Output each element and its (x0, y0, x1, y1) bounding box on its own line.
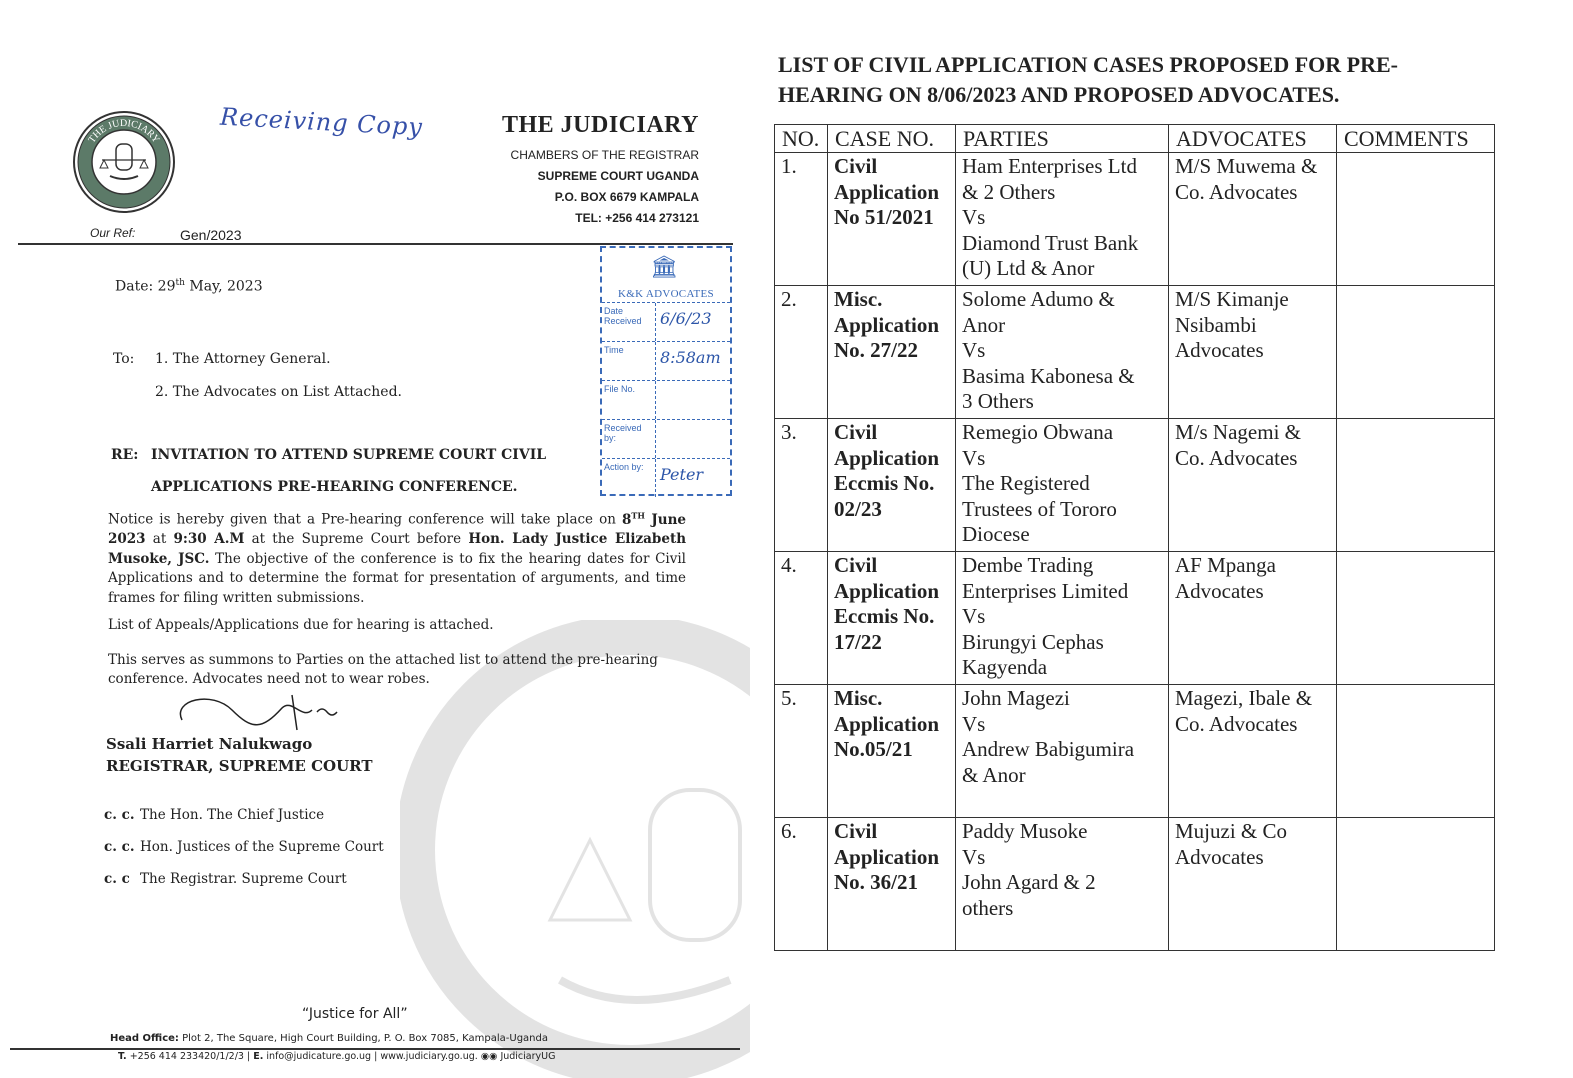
stamp-row: Action by: Peter (602, 459, 730, 497)
conference-time: 9:30 A.M (174, 531, 245, 547)
cell-case-no-line: Misc. (834, 287, 949, 313)
stamp-row: Received by: (602, 420, 730, 459)
building-icon: 🏛 (650, 256, 678, 278)
cell-parties-line: Solome Adumo & (962, 287, 1162, 313)
head-office-address: Plot 2, The Square, High Court Building,… (182, 1033, 548, 1044)
cell-comments (1337, 685, 1495, 818)
head-office-label: Head Office: (110, 1033, 179, 1044)
cc-text: The Hon. The Chief Justice (140, 807, 324, 823)
cell-parties-line: Vs (962, 446, 1162, 472)
cell-case-no-line: Application (834, 712, 949, 738)
cell-no: 6. (775, 818, 828, 951)
cell-case-no-line: No 51/2021 (834, 205, 949, 231)
subject-line: RE:INVITATION TO ATTEND SUPREME COURT CI… (111, 439, 546, 503)
cell-advocates-line: M/S Muwema & (1175, 154, 1330, 180)
summons-paragraph: This serves as summons to Parties on the… (108, 651, 688, 689)
letter-date: Date: 29th May, 2023 (115, 278, 263, 295)
cell-case-no: CivilApplicationNo. 36/21 (828, 818, 956, 951)
received-stamp: 🏛 K&K ADVOCATES Date Received 6/6/23 Tim… (600, 246, 732, 496)
cell-case-no-line: Application (834, 446, 949, 472)
cell-case-no-line: Eccmis No. (834, 604, 949, 630)
stamp-row-label: Date Received (602, 303, 656, 341)
stamp-row-label: Action by: (602, 459, 656, 497)
cell-parties-line: Paddy Musoke (962, 819, 1162, 845)
cell-case-no: Misc.ApplicationNo. 27/22 (828, 286, 956, 419)
letterhead-line: P.O. BOX 6679 KAMPALA (502, 187, 699, 208)
cell-advocates-line: Co. Advocates (1175, 180, 1330, 206)
signatory-name: Ssali Harriet Nalukwago (106, 733, 373, 755)
cell-parties-line: Diamond Trust Bank (962, 231, 1162, 257)
cell-advocates-line: Advocates (1175, 845, 1330, 871)
cell-advocates-line: Advocates (1175, 338, 1330, 364)
table-row: 2.Misc.ApplicationNo. 27/22Solome Adumo … (775, 286, 1495, 419)
cell-parties-line: Birungyi Cephas (962, 630, 1162, 656)
ref-value: Gen/2023 (180, 227, 242, 243)
cell-parties-line: Vs (962, 338, 1162, 364)
cell-case-no-line: Eccmis No. (834, 471, 949, 497)
case-table: NO. CASE NO. PARTIES ADVOCATES COMMENTS … (774, 124, 1495, 951)
cell-parties-line: (U) Ltd & Anor (962, 256, 1162, 282)
cell-parties-line: others (962, 896, 1162, 922)
judiciary-seal-icon: THE JUDICIARY UGANDA (72, 110, 176, 214)
phone: +256 414 233420/1/2/3 (130, 1051, 244, 1062)
cell-parties-line: & Anor (962, 763, 1162, 789)
date-label: Date: (115, 279, 153, 295)
cell-case-no: CivilApplicationNo 51/2021 (828, 153, 956, 286)
cell-case-no-line: Civil (834, 553, 949, 579)
conference-day: 8 (622, 512, 631, 528)
cell-parties: Paddy MusokeVsJohn Agard & 2others (956, 818, 1169, 951)
case-list-title: LIST OF CIVIL APPLICATION CASES PROPOSED… (778, 50, 1398, 110)
cell-case-no-line: Application (834, 845, 949, 871)
cell-parties-line: Vs (962, 205, 1162, 231)
stamp-row-value (656, 420, 730, 458)
ref-label: Our Ref: (90, 226, 135, 240)
table-row: 6.CivilApplicationNo. 36/21Paddy MusokeV… (775, 818, 1495, 951)
case-list-page: LIST OF CIVIL APPLICATION CASES PROPOSED… (750, 0, 1573, 1078)
column-header-no: NO. (775, 125, 828, 153)
column-header-parties: PARTIES (956, 125, 1169, 153)
re-label: RE: (111, 439, 151, 471)
column-header-comments: COMMENTS (1337, 125, 1495, 153)
stamp-row: Time 8:58am (602, 342, 730, 381)
header-divider (18, 243, 733, 245)
motto: “Justice for All” (302, 1006, 408, 1022)
cell-advocates: Magezi, Ibale &Co. Advocates (1169, 685, 1337, 818)
cell-parties-line: Diocese (962, 522, 1162, 548)
letter-footer: Head Office: Plot 2, The Square, High Co… (110, 1033, 548, 1044)
cell-parties-line: Enterprises Limited (962, 579, 1162, 605)
notice-paragraph: Notice is hereby given that a Pre-hearin… (108, 506, 686, 608)
stamp-row: File No. (602, 381, 730, 420)
cell-case-no-line: Civil (834, 420, 949, 446)
cell-case-no-line: Misc. (834, 686, 949, 712)
cell-parties-line: Vs (962, 604, 1162, 630)
cell-advocates-line: M/s Nagemi & (1175, 420, 1330, 446)
list-attached-note: List of Appeals/Applications due for hea… (108, 617, 494, 633)
recipients: To:1. The Attorney General. 2. The Advoc… (113, 343, 402, 409)
letterhead: THE JUDICIARY CHAMBERS OF THE REGISTRAR … (502, 112, 699, 229)
conference-day-suffix: TH (631, 510, 645, 520)
cell-no: 4. (775, 552, 828, 685)
cell-parties: Ham Enterprises Ltd& 2 OthersVsDiamond T… (956, 153, 1169, 286)
stamp-row-label: File No. (602, 381, 656, 419)
social-handle: JudiciaryUG (500, 1051, 555, 1062)
cell-parties: Dembe TradingEnterprises LimitedVsBirung… (956, 552, 1169, 685)
cell-parties: Solome Adumo &AnorVsBasima Kabonesa &3 O… (956, 286, 1169, 419)
date-suffix: th (175, 278, 184, 288)
cell-advocates-line: Nsibambi (1175, 313, 1330, 339)
cell-comments (1337, 818, 1495, 951)
recipient: 1. The Attorney General. (155, 351, 331, 367)
cell-case-no-line: No. 27/22 (834, 338, 949, 364)
cell-comments (1337, 153, 1495, 286)
cell-advocates-line: Mujuzi & Co (1175, 819, 1330, 845)
handwritten-receiving-copy-note: Receiving Copy (219, 103, 423, 142)
cell-parties-line: John Agard & 2 (962, 870, 1162, 896)
cell-parties-line: Trustees of Tororo (962, 497, 1162, 523)
cell-parties-line: Dembe Trading (962, 553, 1162, 579)
cc-label: c. c (104, 863, 140, 895)
letterhead-title: THE JUDICIARY (502, 112, 699, 139)
cell-case-no-line: Civil (834, 819, 949, 845)
cell-parties-line: Kagyenda (962, 655, 1162, 681)
email: info@judicature.go.ug (266, 1051, 371, 1062)
social-media-icons: ◉◉ (481, 1051, 498, 1062)
cell-parties: John MageziVsAndrew Babigumira& Anor (956, 685, 1169, 818)
cell-case-no: CivilApplicationEccmis No.02/23 (828, 419, 956, 552)
letterhead-line: CHAMBERS OF THE REGISTRAR (502, 145, 699, 166)
cell-parties: Remegio ObwanaVsThe RegisteredTrustees o… (956, 419, 1169, 552)
table-row: 1.CivilApplicationNo 51/2021Ham Enterpri… (775, 153, 1495, 286)
cell-no: 5. (775, 685, 828, 818)
table-row: 4.CivilApplicationEccmis No.17/22Dembe T… (775, 552, 1495, 685)
email-label: E. (253, 1051, 263, 1062)
cell-parties-line: The Registered (962, 471, 1162, 497)
column-header-case-no: CASE NO. (828, 125, 956, 153)
notice-text: at (153, 531, 166, 547)
cell-comments (1337, 552, 1495, 685)
our-reference: Our Ref: Gen/2023 (90, 226, 135, 240)
stamp-row-label: Time (602, 342, 656, 380)
subject-text: INVITATION TO ATTEND SUPREME COURT CIVIL (151, 447, 546, 463)
cell-parties-line: Andrew Babigumira (962, 737, 1162, 763)
cc-item: c. cThe Registrar. Supreme Court (104, 863, 384, 895)
signatory-title: REGISTRAR, SUPREME COURT (106, 755, 373, 777)
table-row: 5.Misc.ApplicationNo.05/21John MageziVsA… (775, 685, 1495, 818)
cell-case-no: Misc.ApplicationNo.05/21 (828, 685, 956, 818)
table-row: 3.CivilApplicationEccmis No.02/23Remegio… (775, 419, 1495, 552)
cell-advocates: M/S Muwema &Co. Advocates (1169, 153, 1337, 286)
recipient: 2. The Advocates on List Attached. (155, 384, 402, 400)
stamp-row-value: Peter (656, 459, 730, 497)
to-label: To: (113, 343, 155, 376)
cell-comments (1337, 286, 1495, 419)
footer-contacts: T. +256 414 233420/1/2/3 | E. info@judic… (118, 1051, 555, 1062)
cell-no: 2. (775, 286, 828, 419)
cell-advocates-line: Co. Advocates (1175, 446, 1330, 472)
cell-case-no-line: No.05/21 (834, 737, 949, 763)
cell-advocates: M/S KimanjeNsibambiAdvocates (1169, 286, 1337, 419)
cell-parties-line: Anor (962, 313, 1162, 339)
stamp-firm-name: K&K ADVOCATES (602, 288, 730, 300)
cell-parties-line: Basima Kabonesa & (962, 364, 1162, 390)
letterhead-line: TEL: +256 414 273121 (502, 208, 699, 229)
cell-parties-line: 3 Others (962, 389, 1162, 415)
stamp-row: Date Received 6/6/23 (602, 303, 730, 342)
cell-parties-line: Vs (962, 712, 1162, 738)
cc-item: c. c.Hon. Justices of the Supreme Court (104, 831, 384, 863)
signature-icon (172, 690, 352, 738)
cell-advocates-line: AF Mpanga (1175, 553, 1330, 579)
cc-label: c. c. (104, 799, 140, 831)
letterhead-line: SUPREME COURT UGANDA (502, 166, 699, 187)
subject-text: APPLICATIONS PRE-HEARING CONFERENCE. (151, 479, 518, 495)
cell-parties-line: & 2 Others (962, 180, 1162, 206)
cell-advocates-line: Co. Advocates (1175, 712, 1330, 738)
cell-case-no-line: Civil (834, 154, 949, 180)
cc-label: c. c. (104, 831, 140, 863)
cell-advocates-line: M/S Kimanje (1175, 287, 1330, 313)
cc-list: c. c.The Hon. The Chief Justice c. c.Hon… (104, 799, 384, 895)
cell-case-no-line: Application (834, 313, 949, 339)
cc-item: c. c.The Hon. The Chief Justice (104, 799, 384, 831)
cell-parties-line: John Magezi (962, 686, 1162, 712)
cell-case-no-line: Application (834, 579, 949, 605)
cell-parties-line: Vs (962, 845, 1162, 871)
cell-case-no-line: No. 36/21 (834, 870, 949, 896)
cell-advocates: AF MpangaAdvocates (1169, 552, 1337, 685)
cell-case-no-line: 17/22 (834, 630, 949, 656)
cell-case-no: CivilApplicationEccmis No.17/22 (828, 552, 956, 685)
stamp-row-value (656, 381, 730, 419)
cell-parties-line: Remegio Obwana (962, 420, 1162, 446)
notice-text: at the Supreme Court before (252, 531, 461, 547)
cell-no: 3. (775, 419, 828, 552)
website: www.judiciary.go.ug. (380, 1051, 477, 1062)
cell-case-no-line: Application (834, 180, 949, 206)
cell-no: 1. (775, 153, 828, 286)
stamp-row-label: Received by: (602, 420, 656, 458)
notice-text: Notice is hereby given that a Pre-hearin… (108, 512, 616, 528)
cell-advocates-line: Magezi, Ibale & (1175, 686, 1330, 712)
stamp-row-value: 6/6/23 (656, 303, 730, 341)
cell-case-no-line: 02/23 (834, 497, 949, 523)
footer-divider (10, 1048, 740, 1050)
cc-text: Hon. Justices of the Supreme Court (140, 839, 384, 855)
case-list-title-line: LIST OF CIVIL APPLICATION CASES PROPOSED… (778, 50, 1398, 80)
letter-page: THE JUDICIARY UGANDA Receiving Copy THE … (0, 0, 745, 1078)
date-day: 29 (158, 279, 176, 295)
cell-advocates: M/s Nagemi &Co. Advocates (1169, 419, 1337, 552)
case-list-title-line: HEARING ON 8/06/2023 AND PROPOSED ADVOCA… (778, 80, 1398, 110)
cell-comments (1337, 419, 1495, 552)
date-rest: May, 2023 (189, 279, 262, 295)
cc-text: The Registrar. Supreme Court (140, 871, 347, 887)
cell-advocates-line: Advocates (1175, 579, 1330, 605)
stamp-header: 🏛 K&K ADVOCATES (602, 248, 730, 303)
table-header-row: NO. CASE NO. PARTIES ADVOCATES COMMENTS (775, 125, 1495, 153)
phone-label: T. (118, 1051, 127, 1062)
signatory: Ssali Harriet Nalukwago REGISTRAR, SUPRE… (106, 733, 373, 777)
column-header-advocates: ADVOCATES (1169, 125, 1337, 153)
stamp-row-value: 8:58am (656, 342, 730, 380)
cell-parties-line: Ham Enterprises Ltd (962, 154, 1162, 180)
cell-advocates: Mujuzi & CoAdvocates (1169, 818, 1337, 951)
